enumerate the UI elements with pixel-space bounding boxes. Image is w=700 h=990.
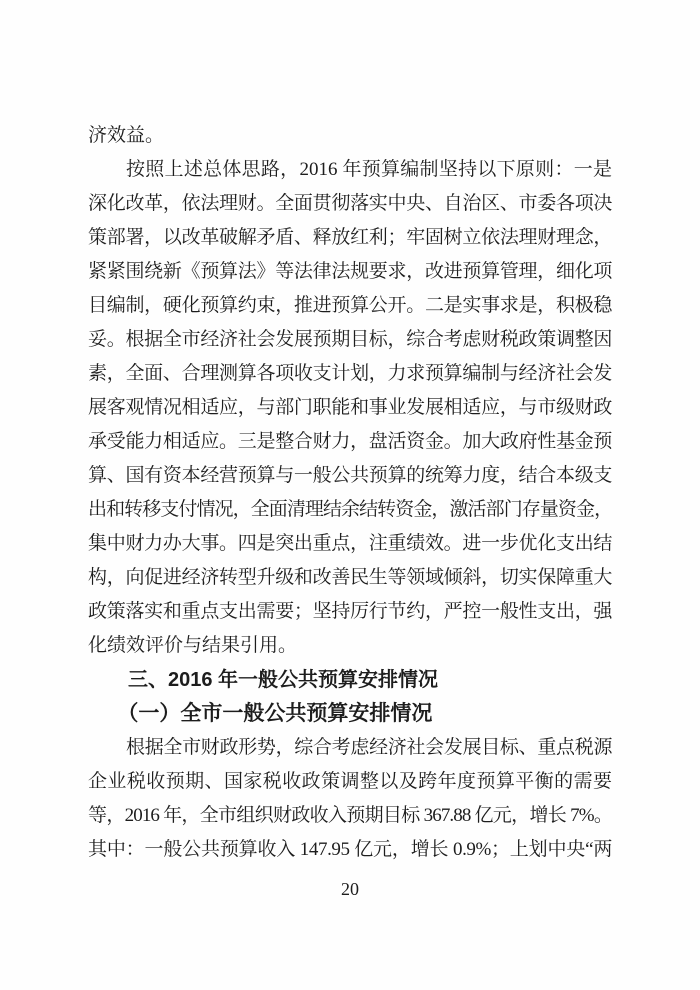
text-line: 化绩效评价与结果引用。 [88, 629, 612, 663]
page-footer: 20 [0, 879, 700, 900]
text-line: 承受能力相适应。三是整合财力，盘活资金。加大政府性基金预 [88, 425, 612, 459]
text-line: 算、国有资本经营预算与一般公共预算的统筹力度，结合本级支 [88, 459, 612, 493]
text-line: 妥。根据全市经济社会发展预期目标，综合考虑财税政策调整因 [88, 323, 612, 357]
text-line: 其中：一般公共预算收入 147.95 亿元，增长 0.9%；上划中央“两 [88, 833, 612, 867]
text-line: 深化改革，依法理财。全面贯彻落实中央、自治区、市委各项决 [88, 187, 612, 221]
text-line: 策部署，以改革破解矛盾、释放红利；牢固树立依法理财理念， [88, 221, 612, 255]
heading-line: 三、2016 年一般公共预算安排情况 [88, 663, 612, 697]
text-line: 紧紧围绕新《预算法》等法律法规要求，改进预算管理，细化项 [88, 255, 612, 289]
text-line: 素，全面、合理测算各项收支计划，力求预算编制与经济社会发 [88, 357, 612, 391]
page-number: 20 [341, 879, 359, 899]
text-line: 政策落实和重点支出需要；坚持厉行节约，严控一般性支出，强 [88, 595, 612, 629]
text-line: 按照上述总体思路，2016 年预算编制坚持以下原则：一是 [88, 153, 612, 187]
text-line: 济效益。 [88, 119, 612, 153]
document-page: 济效益。按照上述总体思路，2016 年预算编制坚持以下原则：一是深化改革，依法理… [0, 0, 700, 990]
heading-line: （一）全市一般公共预算安排情况 [88, 697, 612, 731]
text-line: 集中财力办大事。四是突出重点，注重绩效。进一步优化支出结 [88, 527, 612, 561]
text-line: 目编制，硬化预算约束，推进预算公开。二是实事求是，积极稳 [88, 289, 612, 323]
text-line: 根据全市财政形势，综合考虑经济社会发展目标、重点税源 [88, 731, 612, 765]
text-line: 等，2016 年，全市组织财政收入预期目标 367.88 亿元，增长 7%。 [88, 799, 612, 833]
text-line: 出和转移支付情况，全面清理结余结转资金，激活部门存量资金， [88, 493, 612, 527]
text-line: 展客观情况相适应，与部门职能和事业发展相适应，与市级财政 [88, 391, 612, 425]
text-block: 济效益。按照上述总体思路，2016 年预算编制坚持以下原则：一是深化改革，依法理… [88, 119, 612, 867]
text-line: 企业税收预期、国家税收政策调整以及跨年度预算平衡的需要 [88, 765, 612, 799]
text-line: 构，向促进经济转型升级和改善民生等领域倾斜，切实保障重大 [88, 561, 612, 595]
